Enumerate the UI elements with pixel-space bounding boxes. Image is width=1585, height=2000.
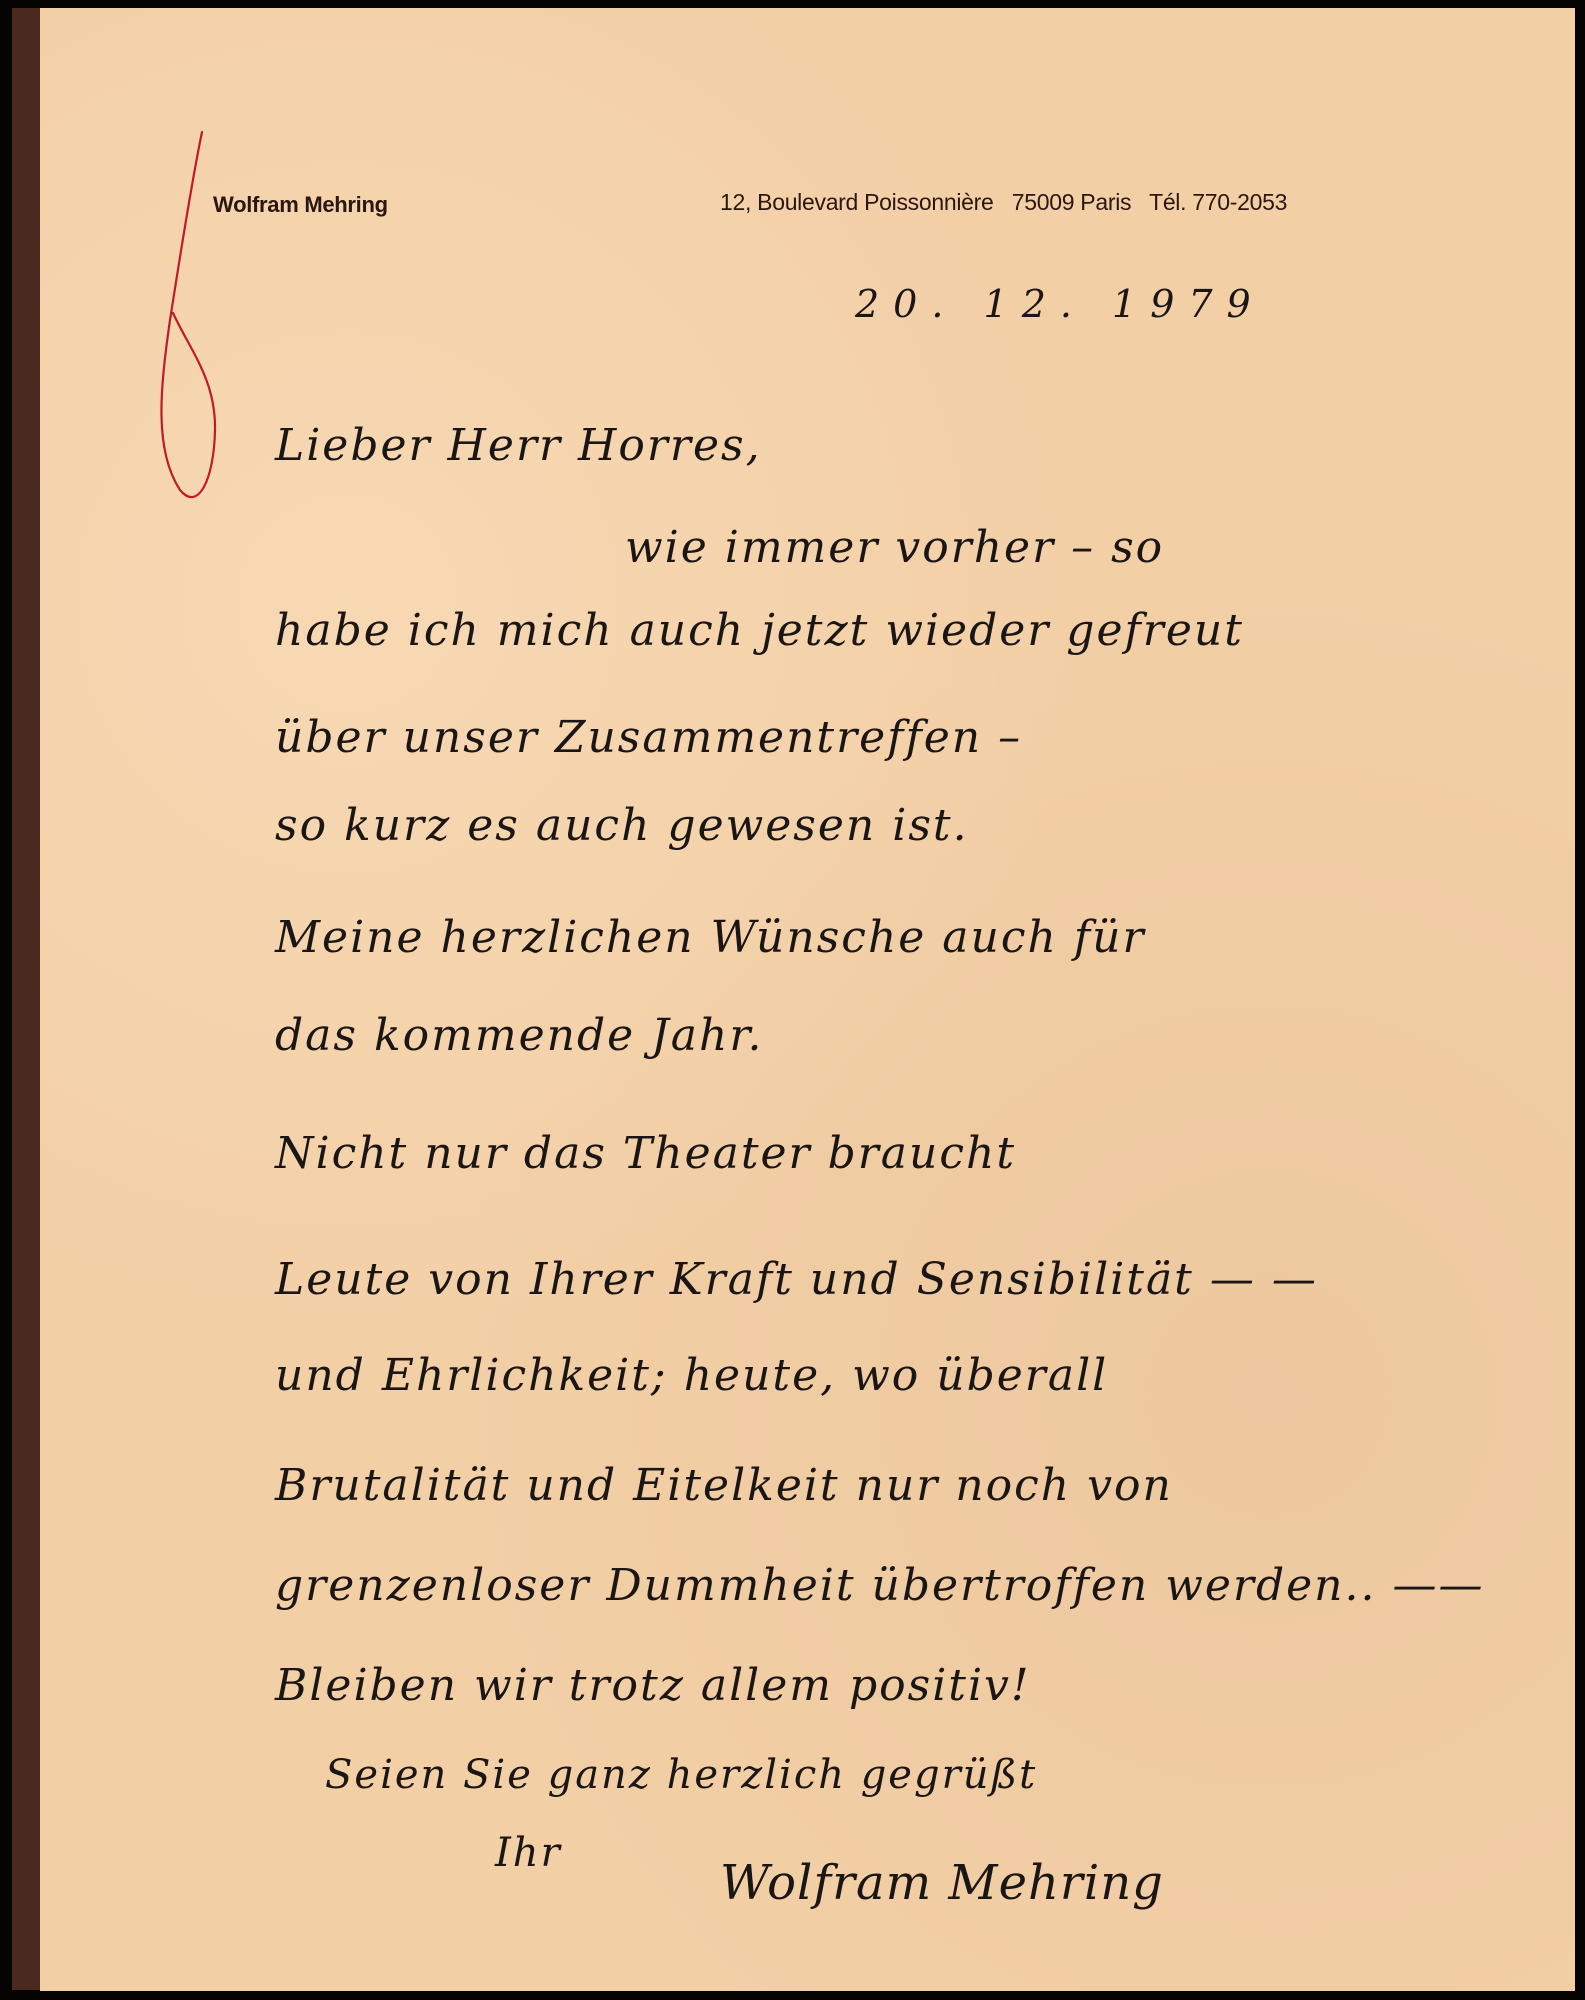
letter-line: Meine herzlichen Wünsche auch für [275,912,1146,963]
letterhead-name: Wolfram Mehring [213,192,388,218]
letter-line: Nicht nur das Theater braucht [275,1128,1016,1179]
letter-line: das kommende Jahr. [275,1010,764,1061]
letter-date: 20. 12. 1979 [855,282,1265,326]
letter-line: Leute von Ihrer Kraft und Sensibilität —… [275,1254,1318,1305]
signature: Wolfram Mehring [720,1855,1164,1911]
closing: Ihr [495,1830,562,1876]
red-pencil-mark-icon [140,130,240,500]
letterhead-address: 12, Boulevard Poissonnière 75009 Paris T… [720,189,1287,216]
letter-line: habe ich mich auch jetzt wieder gefreut [275,605,1244,656]
letter-line: so kurz es auch gewesen ist. [275,800,969,851]
letter-line: wie immer vorher – so [625,522,1164,573]
letter-line: Brutalität und Eitelkeit nur noch von [275,1460,1173,1511]
letter-line: über unser Zusammentreffen – [275,712,1022,763]
letter-line: Bleiben wir trotz allem positiv! [275,1660,1031,1711]
binding-strip [12,8,40,1990]
letter-line: und Ehrlichkeit; heute, wo überall [275,1350,1108,1401]
letter-line: grenzenloser Dummheit übertroffen werden… [275,1560,1484,1611]
letter-line: Seien Sie ganz herzlich gegrüßt [325,1752,1037,1798]
salutation: Lieber Herr Horres, [275,420,762,471]
